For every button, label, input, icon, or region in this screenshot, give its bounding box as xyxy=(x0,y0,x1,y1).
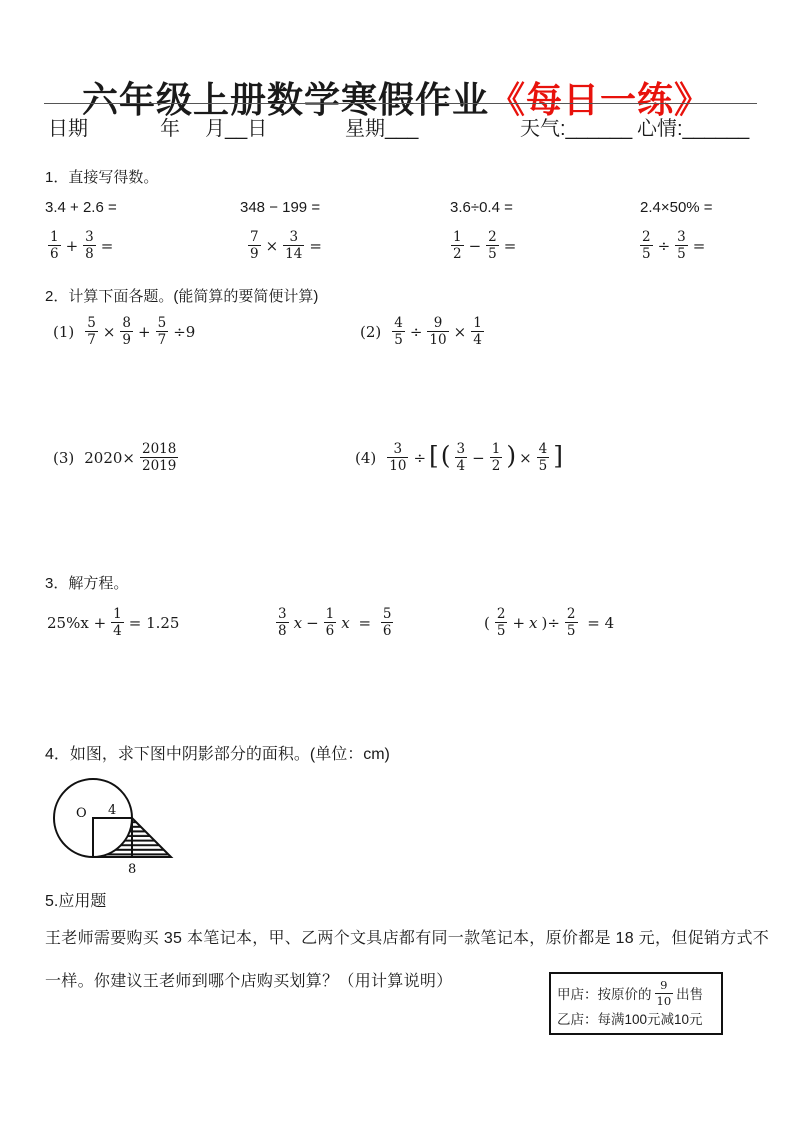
math-text: 2020× xyxy=(84,449,135,467)
word-problem-line-2: 一样。你建议王老师到哪个店购买划算？（用计算说明） xyxy=(45,968,453,991)
fraction-denominator: 5 xyxy=(537,457,550,473)
problem-number: (4) xyxy=(355,449,376,467)
math-bracket: ( xyxy=(441,445,451,468)
math-expression: 79×314= xyxy=(245,230,324,261)
promo-box: 甲店：按原价的910出售 乙店：每满100元减10元 xyxy=(549,972,723,1035)
fraction-numerator: 2 xyxy=(495,607,508,622)
fraction: 57 xyxy=(85,316,98,347)
fraction: 314 xyxy=(283,230,304,261)
fraction-numerator: 9 xyxy=(432,316,445,331)
shop-b-offer: 乙店：每满100元减10元 xyxy=(557,1008,703,1028)
fraction-numerator: 3 xyxy=(83,230,96,245)
fraction: 38 xyxy=(83,230,96,261)
fraction-denominator: 8 xyxy=(276,622,289,638)
section-1-title: 1．直接写得数。 xyxy=(45,166,158,187)
fraction-numerator: 1 xyxy=(490,442,503,457)
math-text: = xyxy=(101,237,114,255)
equation-2: 38x−16x = 56 xyxy=(273,607,396,638)
header-divider xyxy=(44,103,757,104)
fraction-numerator: 2 xyxy=(486,230,499,245)
math-text: ÷ xyxy=(410,323,423,341)
math-text: 25%x + xyxy=(47,614,106,632)
fraction-numerator: 3 xyxy=(392,442,405,457)
fraction-numerator: 1 xyxy=(471,316,484,331)
mood-blank: 心情:______ xyxy=(637,112,749,141)
math-expression: 16+38= xyxy=(45,230,115,261)
section-5-title: 5.应用题 xyxy=(45,888,106,911)
fraction-denominator: 9 xyxy=(248,245,261,261)
fraction-denominator: 2 xyxy=(451,245,464,261)
math-text: ( xyxy=(484,614,490,632)
math-text: − xyxy=(469,237,482,255)
fraction: 910 xyxy=(427,316,448,347)
problem-number: (1) xyxy=(53,323,74,341)
year-label: 年 xyxy=(160,112,180,141)
fraction: 14 xyxy=(111,607,124,638)
math-text: ÷ xyxy=(658,237,671,255)
math-text: 甲店：按原价的 xyxy=(557,983,652,1003)
section-2-title: 2．计算下面各题。(能简算的要简便计算) xyxy=(45,285,318,306)
math-text: = 4 xyxy=(583,614,615,632)
calc-problem-4: (4) 310÷[(34−12)×45] xyxy=(355,442,564,473)
fraction-numerator: 2 xyxy=(565,607,578,622)
fraction: 35 xyxy=(675,230,688,261)
fraction-denominator: 5 xyxy=(486,245,499,261)
date-row: 日期 年 月__日 星期___ 天气:______ 心情:______ xyxy=(0,112,793,142)
math-text: ÷ xyxy=(413,449,426,467)
quick-calc-4: 2.4×50% = xyxy=(640,199,713,216)
date-label: 日期 xyxy=(48,112,88,141)
fraction: 38 xyxy=(276,607,289,638)
fraction: 910 xyxy=(655,979,674,1006)
math-text: = xyxy=(354,614,376,632)
fraction-denominator: 5 xyxy=(675,245,688,261)
fraction: 56 xyxy=(381,607,394,638)
fraction-denominator: 9 xyxy=(120,331,133,347)
fraction: 45 xyxy=(537,442,550,473)
fraction: 12 xyxy=(490,442,503,473)
calc-problem-1: (1) 57×89+57÷9 xyxy=(53,316,197,347)
fraction-denominator: 4 xyxy=(111,622,124,638)
math-expression: 45÷910×14 xyxy=(389,316,487,347)
fraction: 25 xyxy=(640,230,653,261)
fraction: 12 xyxy=(451,230,464,261)
geometry-figure: O 4 8 xyxy=(51,774,186,877)
fraction: 16 xyxy=(48,230,61,261)
section-3-title: 3．解方程。 xyxy=(45,572,128,593)
fraction-denominator: 4 xyxy=(471,331,484,347)
math-text: − xyxy=(306,614,319,632)
fraction-denominator: 5 xyxy=(565,622,578,638)
quick-calc-5: 16+38= xyxy=(45,230,115,261)
fraction-numerator: 1 xyxy=(451,230,464,245)
fraction-numerator: 3 xyxy=(455,442,468,457)
quick-calc-1: 3.4 + 2.6 = xyxy=(45,199,117,216)
fraction: 16 xyxy=(324,607,337,638)
fraction: 310 xyxy=(387,442,408,473)
fraction-numerator: 3 xyxy=(287,230,300,245)
fraction: 14 xyxy=(471,316,484,347)
problem-number: (2) xyxy=(360,323,381,341)
fraction-denominator: 10 xyxy=(427,331,448,347)
word-problem-line-1: 王老师需要购买 35 本笔记本，甲、乙两个文具店都有同一款笔记本，原价都是 18… xyxy=(45,925,769,948)
fraction-denominator: 7 xyxy=(85,331,98,347)
fraction: 25 xyxy=(486,230,499,261)
fraction-denominator: 2019 xyxy=(140,457,178,473)
fraction-numerator: 9 xyxy=(658,979,669,992)
fraction-numerator: 7 xyxy=(248,230,261,245)
math-text: + xyxy=(66,237,79,255)
fraction-denominator: 6 xyxy=(324,622,337,638)
fraction-denominator: 10 xyxy=(387,457,408,473)
math-text: )÷ xyxy=(542,614,560,632)
calc-problem-3: (3) 2020×20182019 xyxy=(53,442,181,473)
fraction-numerator: 5 xyxy=(156,316,169,331)
equation-1: 25%x +14= 1.25 xyxy=(45,607,181,638)
fraction-numerator: 1 xyxy=(111,607,124,622)
math-text: + xyxy=(138,323,151,341)
math-text: × xyxy=(519,449,532,467)
fraction-denominator: 4 xyxy=(455,457,468,473)
worksheet-page: 六年级上册数学寒假作业《每日一练》 日期 年 月__日 星期___ 天气:___… xyxy=(0,0,793,1122)
math-text: + xyxy=(512,614,525,632)
base-length-label: 8 xyxy=(128,862,136,877)
math-expression: 38x−16x = 56 xyxy=(273,607,396,638)
math-expression: 310÷[(34−12)×45] xyxy=(384,442,564,473)
fraction-numerator: 8 xyxy=(120,316,133,331)
fraction-numerator: 5 xyxy=(85,316,98,331)
fraction: 57 xyxy=(156,316,169,347)
fraction-numerator: 3 xyxy=(276,607,289,622)
fraction: 25 xyxy=(565,607,578,638)
quick-calc-2: 348 − 199 = xyxy=(240,199,320,216)
math-expression: 2020×20182019 xyxy=(82,442,181,473)
side-length-label: 4 xyxy=(108,803,116,818)
section-4-title: 4．如图，求下图中阴影部分的面积。(单位：cm) xyxy=(45,741,390,764)
month-day-blank: 月__日 xyxy=(205,112,267,141)
calc-problem-2: (2) 45÷910×14 xyxy=(360,316,487,347)
fraction: 25 xyxy=(495,607,508,638)
math-expression: 25÷35= xyxy=(637,230,707,261)
fraction: 20182019 xyxy=(140,442,178,473)
quick-calc-7: 12−25= xyxy=(448,230,518,261)
quick-calc-8: 25÷35= xyxy=(637,230,707,261)
fraction: 89 xyxy=(120,316,133,347)
fraction-denominator: 10 xyxy=(655,993,674,1007)
fraction-numerator: 3 xyxy=(675,230,688,245)
math-text: ÷9 xyxy=(173,323,195,341)
math-text: × xyxy=(454,323,467,341)
fraction-denominator: 8 xyxy=(83,245,96,261)
fraction-denominator: 14 xyxy=(283,245,304,261)
math-expression: 12−25= xyxy=(448,230,518,261)
fraction: 79 xyxy=(248,230,261,261)
fraction-denominator: 5 xyxy=(392,331,405,347)
math-text: × xyxy=(266,237,279,255)
math-text: = xyxy=(309,237,322,255)
fraction-numerator: 2018 xyxy=(140,442,178,457)
math-variable: x xyxy=(341,614,349,632)
math-text: = 1.25 xyxy=(129,614,180,632)
math-text: = xyxy=(504,237,517,255)
math-text: × xyxy=(103,323,116,341)
fraction: 34 xyxy=(455,442,468,473)
equation-3: (25+x)÷25 = 4 xyxy=(482,607,616,638)
math-expression: 25%x +14= 1.25 xyxy=(45,607,181,638)
math-bracket: ] xyxy=(553,445,563,468)
weather-blank: 天气:______ xyxy=(520,112,632,141)
fraction-numerator: 1 xyxy=(324,607,337,622)
fraction-denominator: 5 xyxy=(495,622,508,638)
math-text: = xyxy=(693,237,706,255)
fraction: 45 xyxy=(392,316,405,347)
fraction-denominator: 7 xyxy=(156,331,169,347)
math-text: − xyxy=(472,449,485,467)
math-bracket: [ xyxy=(429,445,439,468)
math-variable: x xyxy=(294,614,302,632)
fraction-numerator: 5 xyxy=(381,607,394,622)
fraction-numerator: 2 xyxy=(640,230,653,245)
fraction-numerator: 4 xyxy=(537,442,550,457)
quick-calc-6: 79×314= xyxy=(245,230,324,261)
math-expression: 57×89+57÷9 xyxy=(82,316,197,347)
problem-number: (3) xyxy=(53,449,74,467)
math-expression: (25+x)÷25 = 4 xyxy=(482,607,616,638)
fraction-denominator: 2 xyxy=(490,457,503,473)
quick-calc-3: 3.6÷0.4 = xyxy=(450,199,513,216)
fraction-denominator: 5 xyxy=(640,245,653,261)
math-bracket: ) xyxy=(506,445,516,468)
shop-a-offer: 甲店：按原价的910出售 xyxy=(557,979,703,1006)
center-label: O xyxy=(76,806,87,821)
fraction-numerator: 1 xyxy=(48,230,61,245)
weekday-blank: 星期___ xyxy=(345,112,418,141)
fraction-numerator: 4 xyxy=(392,316,405,331)
math-variable: x xyxy=(529,614,537,632)
fraction-denominator: 6 xyxy=(381,622,394,638)
math-text: 出售 xyxy=(676,983,703,1003)
fraction-denominator: 6 xyxy=(48,245,61,261)
